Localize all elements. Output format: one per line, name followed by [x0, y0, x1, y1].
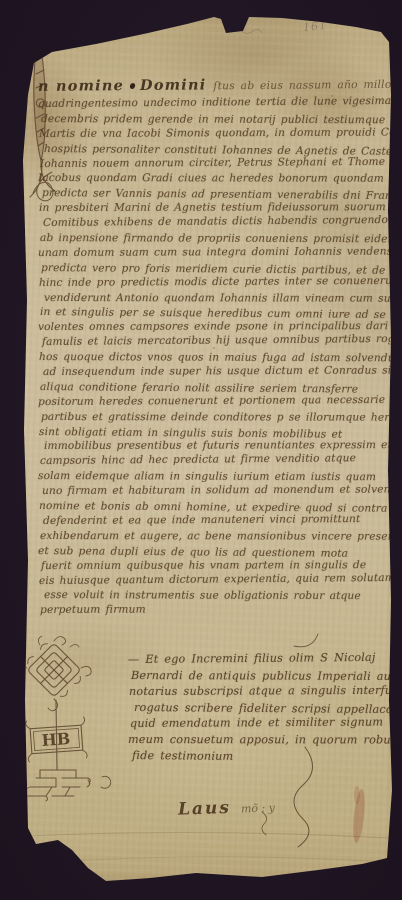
body-line: partibus et gratissime deinde conditores… — [41, 411, 402, 427]
body-line: vendiderunt Antonio quondam Iohannis ill… — [44, 292, 402, 308]
attestation-line: fide testimonium — [132, 749, 402, 768]
body-line: ad insequendum inde super his usque dict… — [43, 364, 402, 381]
closing-line: Lausmõ : y — [178, 796, 276, 819]
attestation-line: — Et ego Incremini filius olim S Nicolaj — [128, 650, 402, 669]
heading-continuation: ſtus ab eius nassum año millo — [213, 78, 391, 93]
photo-background: HB 161 n nomineDominiſtus ab eius nassum… — [0, 0, 402, 900]
ink-blot — [129, 82, 135, 89]
body-line: Martis die vna Iacobi Simonis quondam, i… — [39, 126, 402, 143]
attestation-line: notarius subscripsi atque a singulis int… — [129, 684, 402, 701]
incipit-text: n nomine — [38, 77, 124, 95]
attestation-line: meum consuetum apposui, in quorum robur … — [128, 733, 402, 750]
body-line: Iacobus quondam Gradi ciues ac heredes b… — [38, 172, 402, 188]
body-line: campsoris hinc ad hec predicta ut firme … — [40, 452, 402, 471]
closing-word: Laus — [178, 798, 232, 820]
body-line: Iohannis nouem annorum circiter, Petrus … — [40, 155, 402, 173]
folio-number: 161 — [302, 19, 327, 34]
parchment-document: HB 161 n nomineDominiſtus ab eius nassum… — [0, 0, 402, 900]
notary-sign-knot — [18, 636, 91, 711]
red-stain — [351, 786, 367, 843]
incipit-word-domini: Domini — [140, 76, 207, 94]
notary-sign-base — [22, 770, 90, 802]
body-line: quadringentesimo undecimo inditione tert… — [38, 94, 402, 113]
closing-suffix: mõ : y — [241, 801, 275, 815]
body-line: hinc inde pro predictis modis dicte part… — [39, 274, 402, 292]
pen-mark-c — [101, 776, 111, 788]
body-lines: quadringentesimo undecimo inditione tert… — [38, 98, 402, 619]
attestation-line: quid emendatum inde et similiter signum — [130, 715, 402, 733]
body-line: positorum heredes conuenerunt et portion… — [38, 393, 402, 411]
notarial-attestation: — Et ego Incremini filius olim S Nicolaj… — [128, 653, 402, 765]
body-line: unam domum suam cum sua integra domini I… — [38, 245, 402, 262]
notary-monogram-box — [26, 717, 88, 762]
parchment-creases — [28, 832, 388, 862]
body-line: Comitibus exhibens de mandatis dictis ha… — [43, 213, 402, 232]
manuscript-body: n nomineDominiſtus ab eius nassum año mi… — [38, 74, 402, 619]
body-line: famulis et laicis mercatoribus hij usque… — [42, 332, 402, 351]
notary-monogram-text: HB — [41, 729, 71, 750]
notary-sign-staff — [56, 700, 57, 770]
body-line: exhibendarum et augere, ac bene mansioni… — [40, 530, 402, 546]
body-line: defenderint et ea que inde manuteneri vi… — [43, 512, 402, 530]
body-line: perpetuum firmum — [40, 602, 402, 619]
body-line: uno firmam et habituram in solidum ad mo… — [42, 483, 402, 500]
